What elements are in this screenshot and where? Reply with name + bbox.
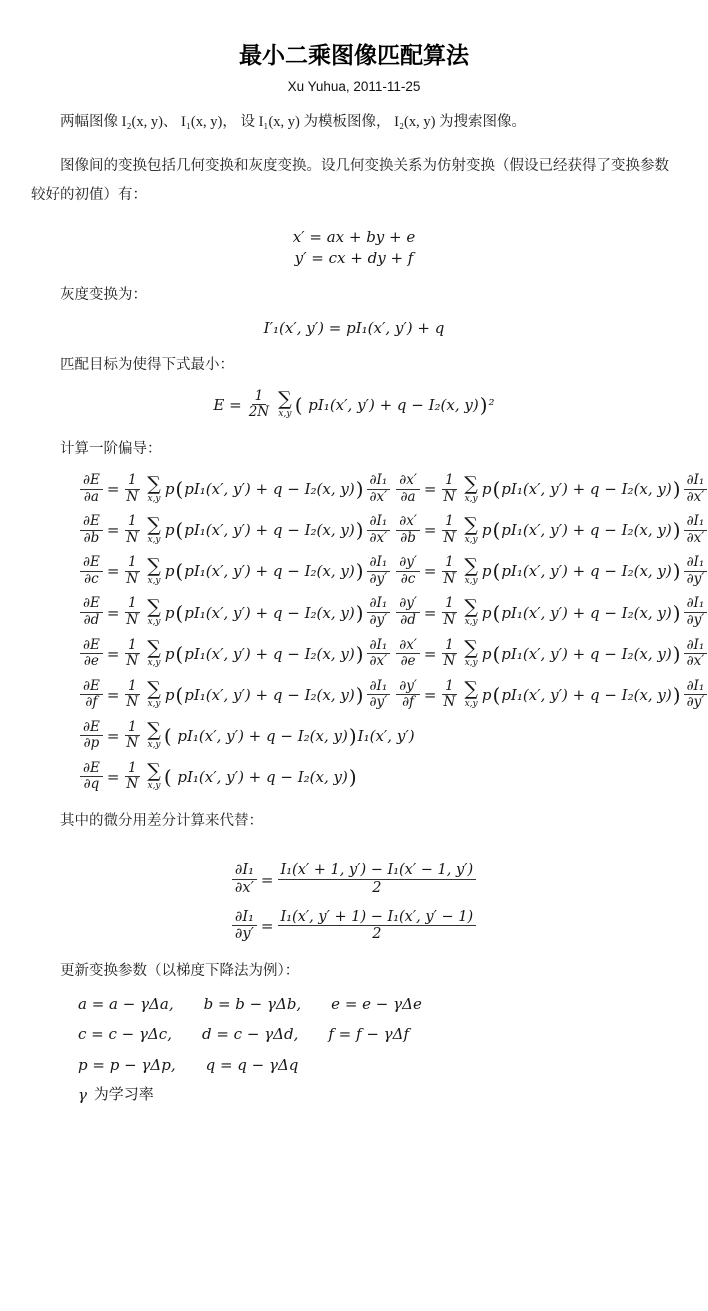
fraction-numerator: ∂x′ bbox=[396, 638, 420, 655]
big-paren: ) bbox=[356, 479, 364, 499]
fraction: ∂E∂a bbox=[80, 473, 103, 505]
fraction-numerator: ∂I₁ bbox=[367, 679, 391, 696]
fraction-denominator: N bbox=[123, 654, 141, 670]
summation-subscript: x,y bbox=[148, 741, 161, 750]
big-paren: ( bbox=[175, 520, 183, 540]
fraction: I₁(x′, y′ + 1) − I₁(x′, y′ − 1)2 bbox=[278, 909, 477, 943]
big-paren: ) bbox=[349, 767, 357, 787]
math-text: pI₁(x′, y′) + q − I₂(x, y) bbox=[184, 521, 354, 539]
fraction-numerator: 1 bbox=[125, 473, 140, 490]
fraction-denominator: N bbox=[440, 531, 458, 547]
summation-subscript: x,y bbox=[148, 495, 161, 504]
fraction: ∂x′∂a bbox=[396, 473, 420, 505]
fraction-numerator: ∂E bbox=[80, 514, 103, 531]
equation-update-pq: p = p − γΔp, q = q − γΔq bbox=[78, 1053, 677, 1079]
fraction-numerator: I₁(x′ + 1, y′) − I₁(x′ − 1, y′) bbox=[278, 862, 477, 880]
fraction: ∂x′∂e bbox=[396, 638, 420, 670]
big-paren: ( bbox=[175, 479, 183, 499]
fraction-denominator: ∂x′ bbox=[367, 531, 391, 547]
fraction-numerator: ∂I₁ bbox=[367, 638, 391, 655]
fraction-denominator: N bbox=[441, 613, 459, 629]
fraction-denominator: ∂a bbox=[81, 490, 102, 506]
math-text: = bbox=[107, 768, 120, 786]
summation: ∑x,y bbox=[147, 598, 161, 627]
spacer bbox=[31, 836, 677, 850]
big-paren: ( bbox=[175, 603, 183, 623]
summation-subscript: x,y bbox=[148, 577, 161, 586]
sigma-symbol: ∑ bbox=[464, 475, 478, 494]
sigma-symbol: ∑ bbox=[147, 557, 161, 576]
fraction: ∂I₁∂y′ bbox=[684, 555, 708, 587]
fraction-denominator: N bbox=[123, 613, 141, 629]
fraction-numerator: ∂x′ bbox=[396, 473, 420, 490]
summation: ∑x,y bbox=[147, 639, 161, 668]
math-text: p bbox=[165, 604, 175, 622]
fraction: ∂I₁∂x′ bbox=[367, 473, 391, 505]
fraction-numerator: ∂y′ bbox=[396, 596, 420, 613]
fraction: ∂I₁∂y′ bbox=[684, 679, 708, 711]
big-paren: ) bbox=[356, 603, 364, 623]
fraction-numerator: ∂x′ bbox=[396, 514, 420, 531]
equation-dE-df: ∂E∂f=1N∑x,yp(pI₁(x′, y′) + q − I₂(x, y))… bbox=[78, 679, 677, 711]
math-text: pI₁(x′, y′) + q − I₂(x, y) bbox=[501, 686, 671, 704]
summation-subscript: x,y bbox=[148, 618, 161, 627]
fraction-denominator: ∂y′ bbox=[367, 613, 391, 629]
math-text: p bbox=[482, 521, 492, 539]
big-paren: ) bbox=[356, 685, 364, 705]
sigma-symbol: ∑ bbox=[464, 516, 478, 535]
big-paren: ) bbox=[673, 644, 681, 664]
big-paren: ) bbox=[356, 644, 364, 664]
fraction-numerator: ∂I₁ bbox=[684, 555, 708, 572]
math-upright-text: 为学习率 bbox=[94, 1083, 154, 1109]
fraction: ∂I₁∂y′ bbox=[684, 596, 708, 628]
fraction-numerator: ∂I₁ bbox=[232, 909, 257, 927]
fraction-numerator: ∂I₁ bbox=[232, 862, 257, 880]
summation: ∑x,y bbox=[464, 680, 478, 709]
math-text: c = c − γΔc, d = c − γΔd, f = f − γΔf bbox=[78, 1022, 409, 1048]
big-paren: ( bbox=[295, 395, 303, 415]
summation: ∑x,y bbox=[147, 680, 161, 709]
summation-subscript: x,y bbox=[465, 495, 478, 504]
fraction-denominator: 2 bbox=[369, 880, 384, 897]
fraction: 1N bbox=[123, 638, 141, 670]
fraction: 1N bbox=[123, 679, 141, 711]
summation: ∑x,y bbox=[147, 721, 161, 750]
math-text: pI₁(x′, y′) + q − I₂(x, y) bbox=[184, 562, 354, 580]
fraction-denominator: ∂y′ bbox=[684, 613, 708, 629]
fraction-denominator: ∂x′ bbox=[367, 654, 391, 670]
big-paren: ( bbox=[164, 726, 172, 746]
summation-subscript: x,y bbox=[465, 700, 478, 709]
fraction-denominator: N bbox=[123, 490, 141, 506]
math-text: = bbox=[107, 645, 120, 663]
fraction-numerator: ∂y′ bbox=[396, 679, 420, 696]
fraction-numerator: ∂I₁ bbox=[684, 473, 708, 490]
big-paren: ) bbox=[673, 685, 681, 705]
sigma-symbol: ∑ bbox=[147, 639, 161, 658]
fraction-numerator: ∂E bbox=[80, 638, 103, 655]
fraction-numerator: 1 bbox=[125, 555, 140, 572]
summation: ∑x,y bbox=[464, 557, 478, 586]
fraction-numerator: ∂I₁ bbox=[684, 638, 708, 655]
equation-dE-dd: ∂E∂d=1N∑x,yp(pI₁(x′, y′) + q − I₂(x, y))… bbox=[78, 596, 677, 628]
label-update: 更新变换参数（以梯度下降法为例）： bbox=[31, 957, 677, 987]
fraction-numerator: ∂E bbox=[80, 473, 103, 490]
fraction: ∂x′∂b bbox=[396, 514, 420, 546]
fraction-denominator: ∂y′ bbox=[684, 572, 708, 588]
summation: ∑x,y bbox=[147, 516, 161, 545]
math-text: p bbox=[482, 645, 492, 663]
math-text: p bbox=[165, 686, 175, 704]
math-text: I′₁(x′, y′) = pI₁(x′, y′) + q bbox=[264, 319, 445, 337]
document-page: 最小二乘图像匹配算法 Xu Yuhua, 2011-11-25 两幅图像 I₂(… bbox=[0, 0, 708, 1311]
fraction-denominator: 2 bbox=[369, 926, 384, 943]
spacer bbox=[31, 211, 677, 225]
equation-dE-da: ∂E∂a=1N∑x,yp(pI₁(x′, y′) + q − I₂(x, y))… bbox=[78, 473, 677, 505]
equation-update-cdf: c = c − γΔc, d = c − γΔd, f = f − γΔf bbox=[78, 1022, 677, 1048]
summation-subscript: x,y bbox=[465, 618, 478, 627]
fraction: ∂I₁∂y′ bbox=[367, 596, 391, 628]
big-paren: ) bbox=[673, 561, 681, 581]
sigma-symbol: ∑ bbox=[464, 680, 478, 699]
fraction-denominator: N bbox=[441, 695, 459, 711]
label-derivatives: 计算一阶偏导： bbox=[31, 435, 677, 465]
page-title: 最小二乘图像匹配算法 bbox=[31, 40, 677, 71]
fraction-numerator: ∂E bbox=[80, 720, 103, 737]
sigma-symbol: ∑ bbox=[464, 639, 478, 658]
fraction-denominator: ∂x′ bbox=[367, 490, 391, 506]
fraction: 1N bbox=[123, 720, 141, 752]
fraction-denominator: ∂f bbox=[82, 695, 100, 711]
summation: ∑x,y bbox=[147, 475, 161, 504]
math-text: p bbox=[165, 562, 175, 580]
equation-diff-x: ∂I₁∂x′=I₁(x′ + 1, y′) − I₁(x′ − 1, y′)2 bbox=[31, 862, 677, 896]
math-text: = bbox=[424, 480, 437, 498]
fraction-denominator: ∂x′ bbox=[684, 654, 708, 670]
summation: ∑x,y bbox=[464, 598, 478, 627]
equation-affine-y: y′ = cx + dy + f bbox=[31, 249, 677, 267]
fraction: 1N bbox=[440, 638, 458, 670]
sigma-symbol: ∑ bbox=[147, 721, 161, 740]
sigma-symbol: ∑ bbox=[147, 680, 161, 699]
fraction: ∂E∂d bbox=[80, 596, 103, 628]
fraction-denominator: N bbox=[440, 490, 458, 506]
big-paren: ) bbox=[349, 726, 357, 746]
fraction-numerator: 1 bbox=[442, 679, 457, 696]
sigma-symbol: ∑ bbox=[147, 762, 161, 781]
math-text: = bbox=[261, 871, 274, 889]
fraction-numerator: ∂I₁ bbox=[367, 596, 391, 613]
fraction-numerator: 1 bbox=[442, 514, 457, 531]
fraction-numerator: 1 bbox=[442, 596, 457, 613]
big-paren: ( bbox=[493, 561, 501, 581]
equation-gray-transform: I′₁(x′, y′) = pI₁(x′, y′) + q bbox=[31, 319, 677, 337]
math-text: = bbox=[261, 917, 274, 935]
fraction-numerator: ∂I₁ bbox=[367, 555, 391, 572]
fraction: ∂I₁∂y′ bbox=[367, 679, 391, 711]
fraction: ∂E∂q bbox=[80, 761, 103, 793]
label-difference: 其中的微分用差分计算来代替： bbox=[31, 807, 677, 837]
fraction-numerator: ∂I₁ bbox=[367, 514, 391, 531]
fraction-numerator: ∂I₁ bbox=[684, 679, 708, 696]
fraction-numerator: 1 bbox=[125, 720, 140, 737]
math-text: = bbox=[107, 521, 120, 539]
math-text: p bbox=[482, 562, 492, 580]
math-text: p bbox=[482, 604, 492, 622]
big-paren: ( bbox=[175, 685, 183, 705]
fraction-denominator: ∂f bbox=[399, 695, 417, 711]
fraction: ∂E∂b bbox=[80, 514, 103, 546]
fraction: ∂E∂e bbox=[80, 638, 103, 670]
equation-gamma-note: γ 为学习率 bbox=[78, 1083, 677, 1109]
summation-subscript: x,y bbox=[465, 577, 478, 586]
fraction-numerator: ∂E bbox=[80, 596, 103, 613]
big-paren: ) bbox=[356, 520, 364, 540]
equation-dE-de: ∂E∂e=1N∑x,yp(pI₁(x′, y′) + q − I₂(x, y))… bbox=[78, 638, 677, 670]
big-paren: ) bbox=[673, 520, 681, 540]
summation: ∑x,y bbox=[464, 516, 478, 545]
equation-energy: E =12N∑x,y( pI₁(x′, y′) + q − I₂(x, y))² bbox=[31, 389, 677, 421]
fraction: I₁(x′ + 1, y′) − I₁(x′ − 1, y′)2 bbox=[278, 862, 477, 896]
fraction: 1N bbox=[440, 473, 458, 505]
label-objective: 匹配目标为使得下式最小： bbox=[31, 351, 677, 381]
math-text: E = bbox=[213, 396, 241, 414]
fraction-numerator: 1 bbox=[125, 514, 140, 531]
fraction: 1N bbox=[441, 596, 459, 628]
math-text: I₁(x′, y′) bbox=[358, 727, 415, 745]
fraction-denominator: ∂q bbox=[81, 777, 103, 793]
fraction: ∂I₁∂y′ bbox=[232, 909, 257, 943]
summation-subscript: x,y bbox=[148, 536, 161, 545]
fraction: ∂E∂f bbox=[80, 679, 103, 711]
fraction-denominator: ∂a bbox=[398, 490, 419, 506]
fraction-denominator: N bbox=[123, 736, 141, 752]
summation-subscript: x,y bbox=[465, 659, 478, 668]
big-paren: ) bbox=[673, 479, 681, 499]
fraction-denominator: ∂c bbox=[81, 572, 102, 588]
fraction: 1N bbox=[440, 514, 458, 546]
math-text: = bbox=[424, 645, 437, 663]
fraction-numerator: 1 bbox=[125, 761, 140, 778]
label-gray-transform: 灰度变换为： bbox=[31, 281, 677, 311]
fraction: ∂y′∂d bbox=[396, 596, 420, 628]
fraction-numerator: ∂y′ bbox=[396, 555, 420, 572]
equation-dE-db: ∂E∂b=1N∑x,yp(pI₁(x′, y′) + q − I₂(x, y))… bbox=[78, 514, 677, 546]
paragraph-intro: 两幅图像 I₂(x, y)、 I₁(x, y)， 设 I₁(x, y) 为模板图… bbox=[31, 108, 677, 138]
fraction-numerator: 1 bbox=[442, 555, 457, 572]
math-text: = bbox=[424, 521, 437, 539]
fraction: ∂y′∂f bbox=[396, 679, 420, 711]
fraction: 1N bbox=[123, 555, 141, 587]
fraction-numerator: 1 bbox=[125, 679, 140, 696]
fraction: ∂I₁∂x′ bbox=[684, 514, 708, 546]
fraction-numerator: ∂I₁ bbox=[684, 514, 708, 531]
big-paren: ( bbox=[493, 603, 501, 623]
fraction-denominator: ∂d bbox=[81, 613, 103, 629]
fraction-numerator: 1 bbox=[125, 638, 140, 655]
math-text: = bbox=[424, 562, 437, 580]
fraction-denominator: ∂x′ bbox=[684, 490, 708, 506]
fraction: 1N bbox=[441, 679, 459, 711]
fraction-denominator: N bbox=[123, 695, 141, 711]
fraction: 12N bbox=[246, 389, 272, 421]
big-paren: ) bbox=[673, 603, 681, 623]
math-text: pI₁(x′, y′) + q − I₂(x, y) bbox=[501, 645, 671, 663]
equation-dE-dc: ∂E∂c=1N∑x,yp(pI₁(x′, y′) + q − I₂(x, y))… bbox=[78, 555, 677, 587]
math-text: pI₁(x′, y′) + q − I₂(x, y) bbox=[501, 562, 671, 580]
fraction: ∂E∂p bbox=[80, 720, 103, 752]
summation-subscript: x,y bbox=[148, 700, 161, 709]
math-text: = bbox=[107, 686, 120, 704]
big-paren: ( bbox=[492, 479, 500, 499]
math-text: pI₁(x′, y′) + q − I₂(x, y) bbox=[184, 480, 354, 498]
fraction: 1N bbox=[441, 555, 459, 587]
fraction-denominator: ∂y′ bbox=[232, 926, 257, 943]
big-paren: ( bbox=[175, 561, 183, 581]
fraction: ∂I₁∂x′ bbox=[684, 638, 708, 670]
fraction-denominator: ∂y′ bbox=[684, 695, 708, 711]
math-text: = bbox=[424, 604, 437, 622]
paragraph-transform: 图像间的变换包括几何变换和灰度变换。设几何变换关系为仿射变换（假设已经获得了变换… bbox=[31, 152, 677, 211]
math-text: = bbox=[107, 562, 120, 580]
fraction-denominator: N bbox=[440, 654, 458, 670]
fraction: ∂E∂c bbox=[80, 555, 103, 587]
big-paren: ) bbox=[356, 561, 364, 581]
fraction-numerator: ∂I₁ bbox=[367, 473, 391, 490]
big-paren: ( bbox=[492, 520, 500, 540]
fraction-denominator: N bbox=[123, 572, 141, 588]
fraction-numerator: ∂E bbox=[80, 679, 103, 696]
author-date-line: Xu Yuhua, 2011-11-25 bbox=[31, 79, 677, 94]
math-text: γ bbox=[78, 1083, 92, 1109]
equation-dE-dq: ∂E∂q=1N∑x,y( pI₁(x′, y′) + q − I₂(x, y)) bbox=[78, 761, 677, 793]
math-text: pI₁(x′, y′) + q − I₂(x, y) bbox=[173, 768, 348, 786]
math-text: p bbox=[165, 645, 175, 663]
sigma-symbol: ∑ bbox=[464, 598, 478, 617]
fraction-numerator: ∂E bbox=[80, 555, 103, 572]
fraction: ∂I₁∂x′ bbox=[367, 638, 391, 670]
summation-subscript: x,y bbox=[148, 782, 161, 791]
summation: ∑x,y bbox=[147, 762, 161, 791]
fraction-numerator: I₁(x′, y′ + 1) − I₁(x′, y′ − 1) bbox=[278, 909, 477, 927]
math-text: pI₁(x′, y′) + q − I₂(x, y) bbox=[184, 686, 354, 704]
fraction-denominator: N bbox=[123, 777, 141, 793]
math-text: pI₁(x′, y′) + q − I₂(x, y) bbox=[184, 645, 354, 663]
math-text: p bbox=[482, 480, 492, 498]
math-text: p = p − γΔp, q = q − γΔq bbox=[78, 1053, 298, 1079]
fraction-denominator: ∂x′ bbox=[684, 531, 708, 547]
fraction-numerator: 1 bbox=[125, 596, 140, 613]
math-text: = bbox=[107, 727, 120, 745]
summation: ∑x,y bbox=[147, 557, 161, 586]
math-text: pI₁(x′, y′) + q − I₂(x, y) bbox=[304, 396, 479, 414]
equation-dE-dp: ∂E∂p=1N∑x,y( pI₁(x′, y′) + q − I₂(x, y))… bbox=[78, 720, 677, 752]
fraction-denominator: 2N bbox=[246, 405, 272, 421]
fraction-denominator: ∂y′ bbox=[367, 695, 391, 711]
fraction: 1N bbox=[123, 761, 141, 793]
fraction-numerator: ∂I₁ bbox=[684, 596, 708, 613]
equation-update-abe: a = a − γΔa, b = b − γΔb, e = e − γΔe bbox=[78, 992, 677, 1018]
fraction: 1N bbox=[123, 514, 141, 546]
big-paren: ( bbox=[492, 644, 500, 664]
fraction-numerator: 1 bbox=[442, 473, 457, 490]
fraction-denominator: ∂e bbox=[398, 654, 419, 670]
fraction-denominator: ∂c bbox=[398, 572, 419, 588]
fraction-denominator: ∂p bbox=[81, 736, 103, 752]
fraction-denominator: ∂x′ bbox=[232, 880, 257, 897]
fraction-numerator: ∂E bbox=[80, 761, 103, 778]
math-text: ² bbox=[489, 396, 495, 414]
fraction-denominator: N bbox=[441, 572, 459, 588]
math-text: a = a − γΔa, b = b − γΔb, e = e − γΔe bbox=[78, 992, 422, 1018]
summation: ∑x,y bbox=[464, 639, 478, 668]
fraction-denominator: ∂y′ bbox=[367, 572, 391, 588]
math-text: y′ = cx + dy + f bbox=[295, 249, 414, 267]
math-text: = bbox=[107, 604, 120, 622]
fraction-denominator: ∂b bbox=[397, 531, 419, 547]
summation: ∑x,y bbox=[464, 475, 478, 504]
math-text: p bbox=[165, 480, 175, 498]
big-paren: ) bbox=[480, 395, 488, 415]
math-text: pI₁(x′, y′) + q − I₂(x, y) bbox=[501, 480, 671, 498]
math-text: pI₁(x′, y′) + q − I₂(x, y) bbox=[501, 604, 671, 622]
math-text: = bbox=[107, 480, 120, 498]
big-paren: ( bbox=[175, 644, 183, 664]
math-text: pI₁(x′, y′) + q − I₂(x, y) bbox=[501, 521, 671, 539]
equation-affine-x: x′ = ax + by + e bbox=[31, 228, 677, 246]
big-paren: ( bbox=[493, 685, 501, 705]
math-text: pI₁(x′, y′) + q − I₂(x, y) bbox=[173, 727, 348, 745]
sigma-symbol: ∑ bbox=[147, 598, 161, 617]
fraction-denominator: ∂b bbox=[81, 531, 103, 547]
summation-subscript: x,y bbox=[148, 659, 161, 668]
fraction: ∂I₁∂x′ bbox=[684, 473, 708, 505]
math-text: = bbox=[424, 686, 437, 704]
summation: ∑x,y bbox=[278, 390, 292, 419]
sigma-symbol: ∑ bbox=[278, 390, 292, 409]
fraction-denominator: N bbox=[123, 531, 141, 547]
big-paren: ( bbox=[164, 767, 172, 787]
summation-subscript: x,y bbox=[465, 536, 478, 545]
math-text: pI₁(x′, y′) + q − I₂(x, y) bbox=[184, 604, 354, 622]
fraction: ∂I₁∂x′ bbox=[232, 862, 257, 896]
math-text: p bbox=[165, 521, 175, 539]
fraction-denominator: ∂e bbox=[81, 654, 102, 670]
fraction: 1N bbox=[123, 596, 141, 628]
summation-subscript: x,y bbox=[278, 410, 291, 419]
fraction: ∂y′∂c bbox=[396, 555, 420, 587]
fraction-numerator: 1 bbox=[442, 638, 457, 655]
fraction-denominator: ∂d bbox=[397, 613, 419, 629]
fraction-numerator: 1 bbox=[252, 389, 267, 406]
fraction: ∂I₁∂x′ bbox=[367, 514, 391, 546]
sigma-symbol: ∑ bbox=[464, 557, 478, 576]
equation-diff-y: ∂I₁∂y′=I₁(x′, y′ + 1) − I₁(x′, y′ − 1)2 bbox=[31, 909, 677, 943]
math-text: x′ = ax + by + e bbox=[293, 228, 416, 246]
fraction: ∂I₁∂y′ bbox=[367, 555, 391, 587]
sigma-symbol: ∑ bbox=[147, 475, 161, 494]
math-text: p bbox=[482, 686, 492, 704]
fraction: 1N bbox=[123, 473, 141, 505]
sigma-symbol: ∑ bbox=[147, 516, 161, 535]
